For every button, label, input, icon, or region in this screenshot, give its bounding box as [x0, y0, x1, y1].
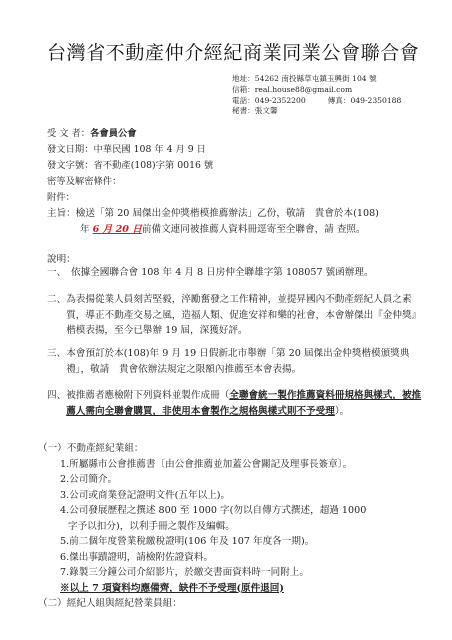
list-item-continuation: 字予以扣分)，以利手冊之製作及編輯。	[60, 519, 413, 535]
phone-row: 電話：049-2352200傳真：049-2350188	[232, 96, 401, 107]
date-label: 發文日期：	[47, 144, 94, 155]
fax-label: 傳真：	[328, 96, 351, 105]
email-value: real.house88@gmail.com	[255, 85, 352, 94]
list-item: 6.傑出事蹟證明，請檢附佐證資料。	[60, 550, 413, 566]
list-item: 5.前二個年度營業稅繳稅證明(106 年及 107 年度各一期)。	[60, 534, 413, 550]
attachment-label: 附件：	[47, 192, 75, 203]
date-value: 中華民國 108 年 4 月 9 日	[94, 144, 206, 155]
secrecy-label: 密等及解密條件：	[47, 176, 121, 187]
recipient-label: 受 文 者：	[47, 128, 90, 139]
deadline-date: 6 月 20 日	[93, 224, 142, 235]
document-meta: 受 文 者：各會員公會 發文日期：中華民國 108 年 4 月 9 日 發文字號…	[47, 126, 213, 206]
item-text-suffix: ）。	[335, 406, 349, 417]
secrecy-row: 密等及解密條件：	[47, 174, 213, 190]
phone-label: 電話：	[232, 96, 255, 105]
secretary-value: 張文馨	[255, 106, 278, 115]
item-text: 為表揚從業人員刻苦堅毅，淬勵奮發之工作精神，並提昇國內不動產經紀人員之素質，導正…	[66, 292, 422, 339]
group-1: （一）不動產經紀業組： 1.所屬縣市公會推薦書〔由公會推薦並加蓋公會關記及理事長…	[38, 441, 413, 596]
item-number: 一、	[47, 265, 71, 281]
group-2-label: （二）經紀人組與經紀營業員組：	[38, 596, 413, 612]
explanation-item-1: 一、 依據全國聯合會 108 年 4 月 8 日房仲全聯雄字第 108057 號…	[47, 265, 422, 281]
subject-line2-prefix: 年	[80, 224, 90, 235]
item-text: 本會預訂於本(108)年 9 月 19 日假新北市舉辦「第 20 屆傑出金仲獎楷…	[66, 346, 422, 377]
recipient-value: 各會員公會	[90, 128, 137, 139]
explanation-item-4: 四、 被推薦者應檢附下列資料並製作成冊（全聯會統一製作推薦資料冊規格與樣式，被推…	[47, 388, 422, 419]
email-label: 信箱：	[232, 85, 255, 94]
address-row: 地址：54262 南投縣草屯鎮玉興街 104 號	[232, 74, 401, 85]
subject-section: 主旨：檢送「第 20 屆傑出金仲獎楷模推薦辦法」乙份，敬請 貴會於本(108) …	[47, 206, 422, 237]
item-number: 二、	[47, 292, 66, 339]
item-number: 四、	[47, 388, 66, 419]
item-text-prefix: 被推薦者應檢附下列資料並製作成冊（	[66, 390, 229, 401]
item-number: 三、	[47, 346, 66, 377]
date-row: 發文日期：中華民國 108 年 4 月 9 日	[47, 142, 213, 158]
recipient-row: 受 文 者：各會員公會	[47, 126, 213, 142]
group-1-list: 1.所屬縣市公會推薦書〔由公會推薦並加蓋公會關記及理事長簽章〕。 2.公司簡介。…	[38, 457, 413, 597]
subject-line2-suffix: 前備文連同被推薦人資料冊逕寄至全聯會，請 查照。	[142, 224, 366, 235]
address-label: 地址：	[232, 74, 255, 83]
contact-block: 地址：54262 南投縣草屯鎮玉興街 104 號 信箱：real.house88…	[232, 74, 401, 117]
fax-value: 049-2350188	[350, 96, 401, 105]
address-value: 54262 南投縣草屯鎮玉興街 104 號	[255, 74, 377, 83]
ref-label: 發文字號：	[47, 160, 94, 171]
attachment-row: 附件：	[47, 190, 213, 206]
list-item: 3.公司或商業登記證明文件(五年以上)。	[60, 488, 413, 504]
list-item: 4.公司發展歷程之撰述 800 至 1000 字(勿以自傳方式撰述，超過 100…	[60, 503, 413, 519]
subject-line1: 檢送「第 20 屆傑出金仲獎楷模推薦辦法」乙份，敬請 貴會於本(108)	[76, 208, 379, 219]
group-1-note: ※以上 7 項資料均應備齊，缺件不予受理(原件退回)	[60, 581, 413, 597]
secretary-label: 秘書：	[232, 106, 255, 115]
item-text: 依據全國聯合會 108 年 4 月 8 日房仲全聯雄字第 108057 號函辦理…	[71, 265, 422, 281]
item-text: 被推薦者應檢附下列資料並製作成冊（全聯會統一製作推薦資料冊規格與樣式，被推薦人需…	[66, 388, 422, 419]
phone-value: 049-2352200	[255, 96, 306, 105]
list-item: 1.所屬縣市公會推薦書〔由公會推薦並加蓋公會關記及理事長簽章〕。	[60, 457, 413, 473]
explanation-item-2: 二、 為表揚從業人員刻苦堅毅，淬勵奮發之工作精神，並提昇國內不動產經紀人員之素質…	[47, 292, 422, 339]
secretary-row: 秘書：張文馨	[232, 106, 401, 117]
group-1-label: （一）不動產經紀業組：	[38, 441, 413, 457]
email-row: 信箱：real.house88@gmail.com	[232, 85, 401, 96]
list-item: 2.公司簡介。	[60, 472, 413, 488]
ref-row: 發文字號：省不動產(108)字第 0016 號	[47, 158, 213, 174]
document-title: 台灣省不動產仲介經紀商業同業公會聯合會	[47, 38, 419, 65]
subject-label: 主旨：	[47, 208, 76, 219]
explanation-item-3: 三、 本會預訂於本(108)年 9 月 19 日假新北市舉辦「第 20 屆傑出金…	[47, 346, 422, 377]
ref-value: 省不動產(108)字第 0016 號	[94, 160, 214, 171]
list-item: 7.錄製三分鐘公司介紹影片，於繳交書面資料時一同附上。	[60, 565, 413, 581]
